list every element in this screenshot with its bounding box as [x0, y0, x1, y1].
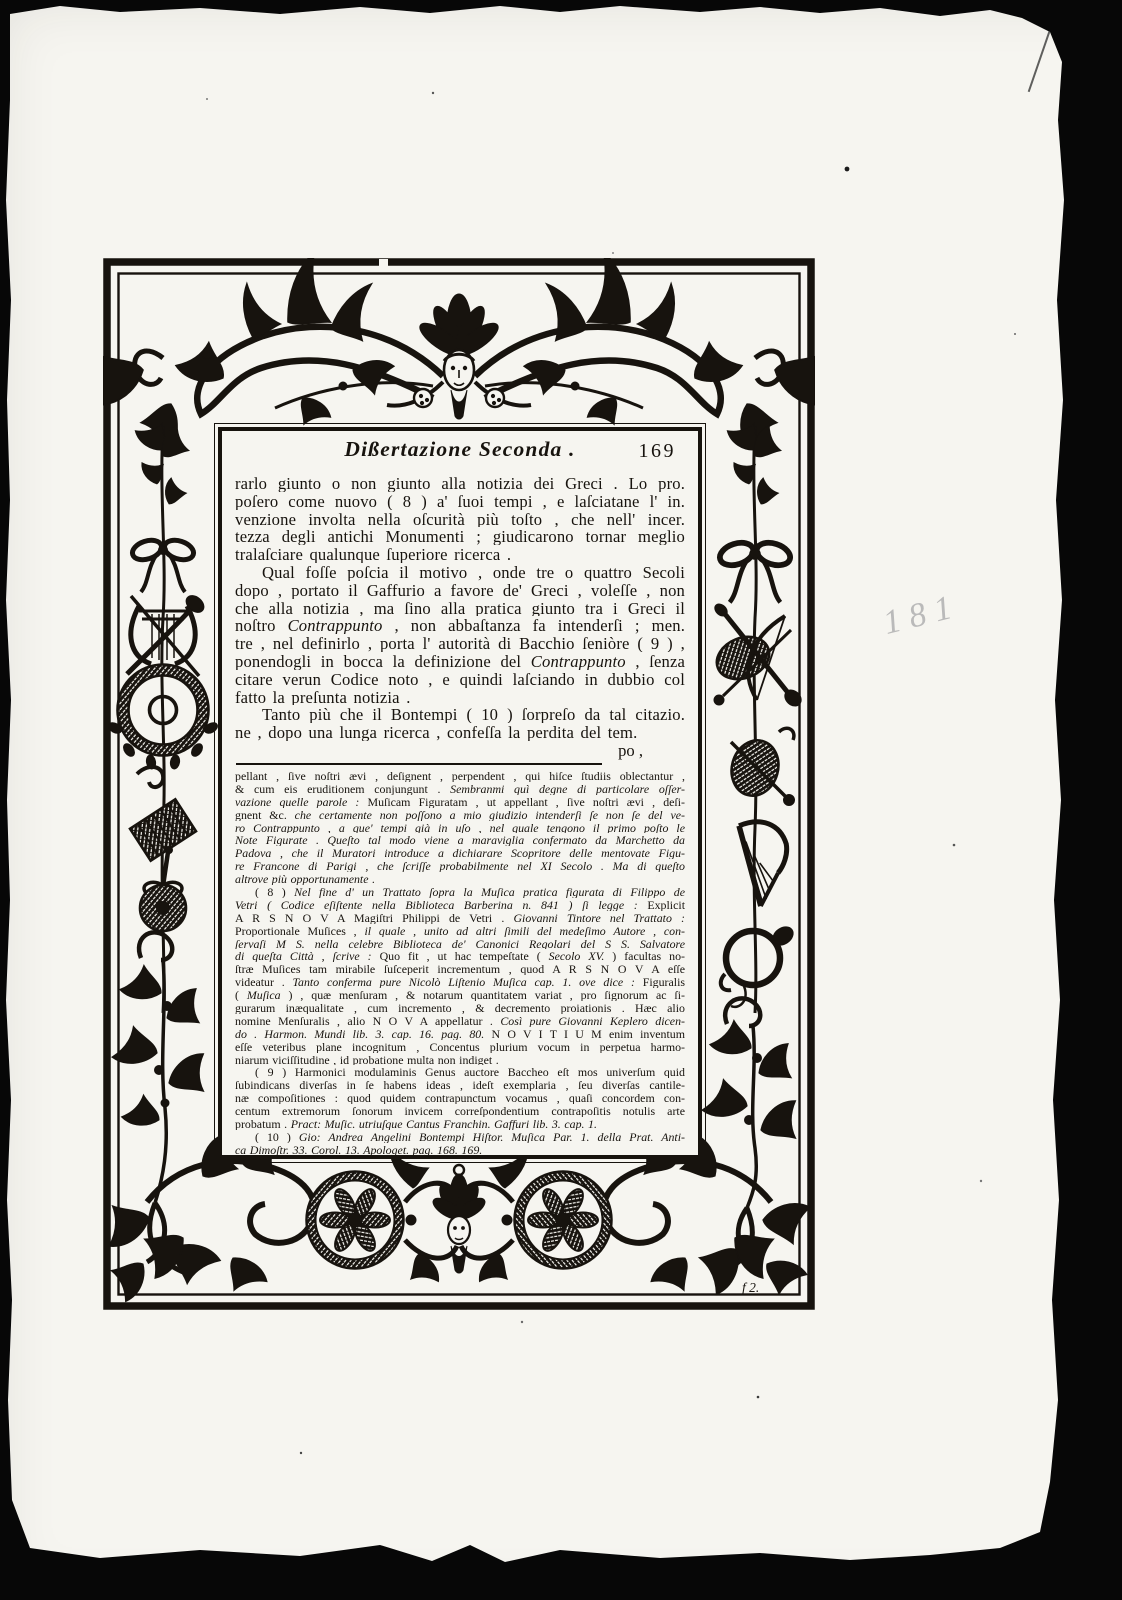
hunting-horn-icon [721, 923, 797, 1007]
text-line: ( 9 ) Harmonici modulaminis Genus auctor… [235, 1065, 685, 1078]
main-text-block: rarlo giunto o non giunto alla notizia d… [235, 474, 685, 741]
text-line: che alla notizia , ma ſino alla pratica … [235, 599, 685, 617]
text-line: ſubindicans diverſas in ſe habens ideas … [235, 1078, 685, 1091]
text-line: Note Figurate . Queſto tal modo viene a … [235, 833, 685, 846]
text-line: gnent &c. che certamente non poſſono a m… [235, 808, 685, 821]
footnotes-block: pellant , ſive noſtri ævi , deſignent , … [235, 769, 685, 1156]
harp-icon [724, 818, 792, 909]
text-line: venzione involta nella oſcurità più toſt… [235, 510, 685, 528]
text-line: ſtræ Muſices tam mirabile ſuſceperit inc… [235, 962, 685, 975]
text-line: altrove più opportunamente . [235, 872, 685, 885]
rosette-wreath-icon [307, 1172, 404, 1269]
paper-specks [0, 0, 2, 2]
text-line: ( 8 ) Nel fine d' un Trattato ſopra la M… [235, 885, 685, 898]
panpipes-icon [130, 799, 196, 860]
text-line: dopo , portato il Gaffurio a favore de' … [235, 581, 685, 599]
top-ornament-band [103, 258, 815, 450]
text-line: tre , nel definirlo , porta l' autorità … [235, 634, 685, 652]
signature-mark: f 2. [742, 1280, 759, 1296]
text-line: A R S N O V A Magiſtri Philippi de Vetri… [235, 911, 685, 924]
page-number: 169 [639, 440, 677, 463]
text-line: ro Contrappunto , a que' tempi già in uſ… [235, 821, 685, 834]
text-panel: Dißertazione Seconda . 169 rarlo giunto … [218, 427, 702, 1159]
text-line: poſero come nuovo ( 8 ) a' ſuoi tempi , … [235, 492, 685, 510]
chapter-title: Dißertazione Seconda . [344, 437, 575, 461]
text-line: ponendogli in bocca la definizione del C… [235, 652, 685, 670]
text-line: Vetri ( Codice eſiſtente nella Bibliotec… [235, 898, 685, 911]
text-line: fatto la preſunta notizia . [235, 688, 685, 706]
text-line: & cum eis eruditionem conjungunt . Sembr… [235, 782, 685, 795]
text-line: Padova , che il Muratori introduce a dic… [235, 846, 685, 859]
text-line: ( Muſica ) , quæ menſuram , & notarum qu… [235, 988, 685, 1001]
text-line: rarlo giunto o non giunto alla notizia d… [235, 474, 685, 492]
text-line: niarum viciſſitudine , id probatione mul… [235, 1053, 685, 1066]
text-line: pellant , ſive noſtri ævi , deſignent , … [235, 769, 685, 782]
text-line: ( 10 ) Gio: Andrea Angelini Bontempi Hiſ… [235, 1130, 685, 1143]
crossed-trumpet-and-drum-icon [710, 602, 804, 710]
text-line: di queſta Città , ſcrive : Quo fit , ut … [235, 949, 685, 962]
text-line: vazione quelle parole : Muſicam Figurata… [235, 795, 685, 808]
text-line: ſervaſi M S. nella celebre Biblioteca de… [235, 937, 685, 950]
text-line: Qual foſſe poſcia il motivo , onde tre o… [235, 563, 685, 581]
text-line: Tanto più che il Bontempi ( 10 ) ſorpreſ… [235, 705, 685, 723]
text-line: probatum . Pract: Muſic. utriuſque Cantu… [235, 1117, 685, 1130]
text-line: ne , dopo una lunga ricerca , confeſſa l… [235, 723, 685, 741]
mask-face-ornament [387, 294, 531, 419]
footnote-separator-rule [236, 763, 602, 765]
text-line: tezza degli antichi Monumenti ; giudicar… [235, 527, 685, 545]
text-line: re Francone di Parigi , che ſcriſſe prob… [235, 859, 685, 872]
book-page-scan: { "printed": { "header": { "title": "Diß… [0, 0, 1122, 1600]
catchword: po , [235, 741, 685, 758]
text-line: nomine Menſuralis , alio N O V A appella… [235, 1014, 685, 1027]
text-line: Proportionale Muſices , il quale , unito… [235, 924, 685, 937]
text-line: tralaſciare qualunque ſuperiore ricerca … [235, 545, 685, 563]
paper-sheet: 181 [0, 0, 1122, 1600]
running-header: Dißertazione Seconda . 169 [235, 437, 685, 472]
scratch-mark [1028, 14, 1057, 92]
kettledrum-icon [725, 728, 794, 805]
text-line: do . Harmon. Mundi lib. 3. cap. 16. pag.… [235, 1027, 685, 1040]
text-line: ca Dimoſtr. 33. Corol. 13. Apologet. pag… [235, 1143, 685, 1156]
text-line: gurarum inæqualitate , cum incremento , … [235, 1001, 685, 1014]
text-line: næ compoſitiones : quod quidem contrapun… [235, 1091, 685, 1104]
text-line: centum extremorum ſonorum invicem correſ… [235, 1104, 685, 1117]
handwritten-page-note: 181 [880, 587, 965, 643]
text-line: videatur . Tanto conferma pure Nicolò Li… [235, 975, 685, 988]
text-line: noſtro Contrappunto , non abbaſtanza fa … [235, 616, 685, 634]
text-line: eſſe veteribus plane incognitum , Concen… [235, 1040, 685, 1053]
catchword-text: po , [618, 741, 643, 760]
text-line: citare verun Codice noto , e quindi laſc… [235, 670, 685, 688]
